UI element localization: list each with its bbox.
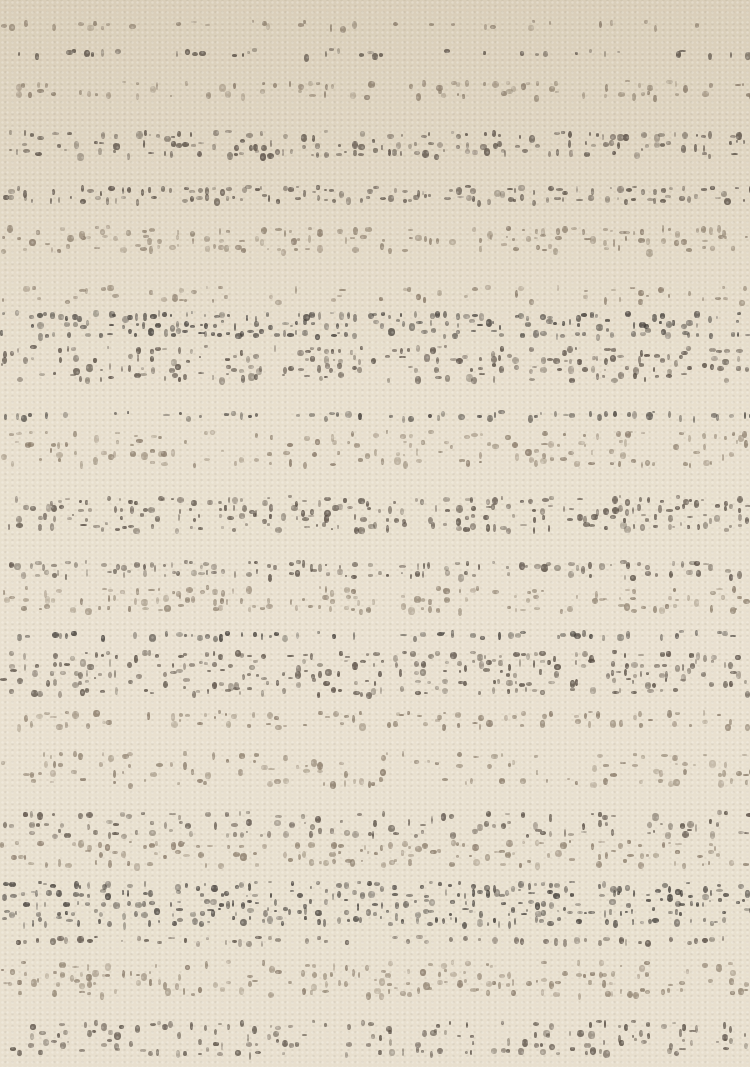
pattern-band <box>0 1020 750 1060</box>
pattern-band <box>0 185 750 207</box>
pattern-band <box>0 310 750 334</box>
pattern-band <box>0 410 750 416</box>
pattern-band <box>0 880 750 925</box>
pattern-band <box>0 495 750 535</box>
pattern-band <box>0 225 750 255</box>
pattern-band <box>0 750 750 790</box>
pattern-band <box>0 285 750 299</box>
pattern-band <box>0 585 750 615</box>
pattern-band <box>0 80 750 94</box>
pattern-band <box>0 840 750 865</box>
pattern-band <box>0 430 750 470</box>
pattern-band <box>0 48 750 60</box>
pattern-band <box>0 810 750 840</box>
pattern-band <box>0 960 750 1000</box>
pattern-band <box>0 650 750 695</box>
pattern-band <box>0 20 750 30</box>
pattern-band <box>0 935 750 945</box>
pattern-band <box>0 630 750 638</box>
rug-photo: Shag rug texture <box>0 0 750 1067</box>
pattern-band <box>0 345 750 385</box>
pattern-band <box>0 710 750 724</box>
pattern-band <box>0 130 750 160</box>
pattern-band <box>0 560 750 576</box>
